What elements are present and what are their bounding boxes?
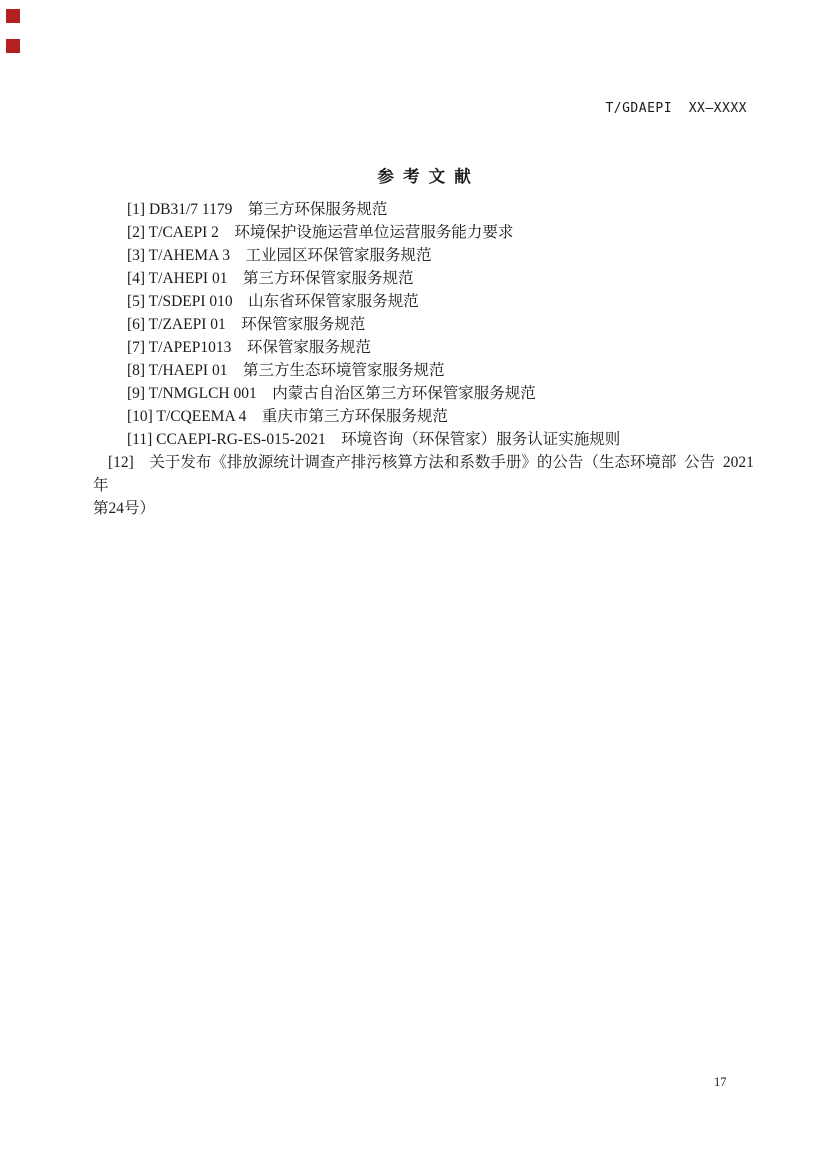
reference-list: [1] DB31/7 1179 第三方环保服务规范 [2] T/CAEPI 2 … (93, 198, 755, 520)
reference-item-2: [2] T/CAEPI 2 环境保护设施运营单位运营服务能力要求 (93, 221, 755, 244)
reference-item-8: [8] T/HAEPI 01 第三方生态环境管家服务规范 (93, 359, 755, 382)
reference-item-11: [11] CCAEPI-RG-ES-015-2021 环境咨询（环保管家）服务认… (93, 428, 755, 451)
page-title: 参 考 文 献 (93, 163, 755, 187)
reference-item-6: [6] T/ZAEPI 01 环保管家服务规范 (93, 313, 755, 336)
standard-code-header: T/GDAEPI XX—XXXX (605, 101, 747, 116)
reference-item-12-line-2: 第24号） (93, 497, 755, 520)
page-number: 17 (714, 1075, 727, 1090)
reference-item-9: [9] T/NMGLCH 001 内蒙古自治区第三方环保管家服务规范 (93, 382, 755, 405)
reference-item-4: [4] T/AHEPI 01 第三方环保管家服务规范 (93, 267, 755, 290)
reference-item-1: [1] DB31/7 1179 第三方环保服务规范 (93, 198, 755, 221)
red-square-mark-2 (6, 39, 20, 53)
reference-item-3: [3] T/AHEMA 3 工业园区环保管家服务规范 (93, 244, 755, 267)
reference-item-12-line-1: [12] 关于发布《排放源统计调查产排污核算方法和系数手册》的公告（生态环境部 … (93, 451, 755, 497)
red-square-mark-1 (6, 9, 20, 23)
reference-item-7: [7] T/APEP1013 环保管家服务规范 (93, 336, 755, 359)
reference-item-5: [5] T/SDEPI 010 山东省环保管家服务规范 (93, 290, 755, 313)
document-page: T/GDAEPI XX—XXXX 参 考 文 献 [1] DB31/7 1179… (0, 0, 826, 1169)
reference-item-10: [10] T/CQEEMA 4 重庆市第三方环保服务规范 (93, 405, 755, 428)
